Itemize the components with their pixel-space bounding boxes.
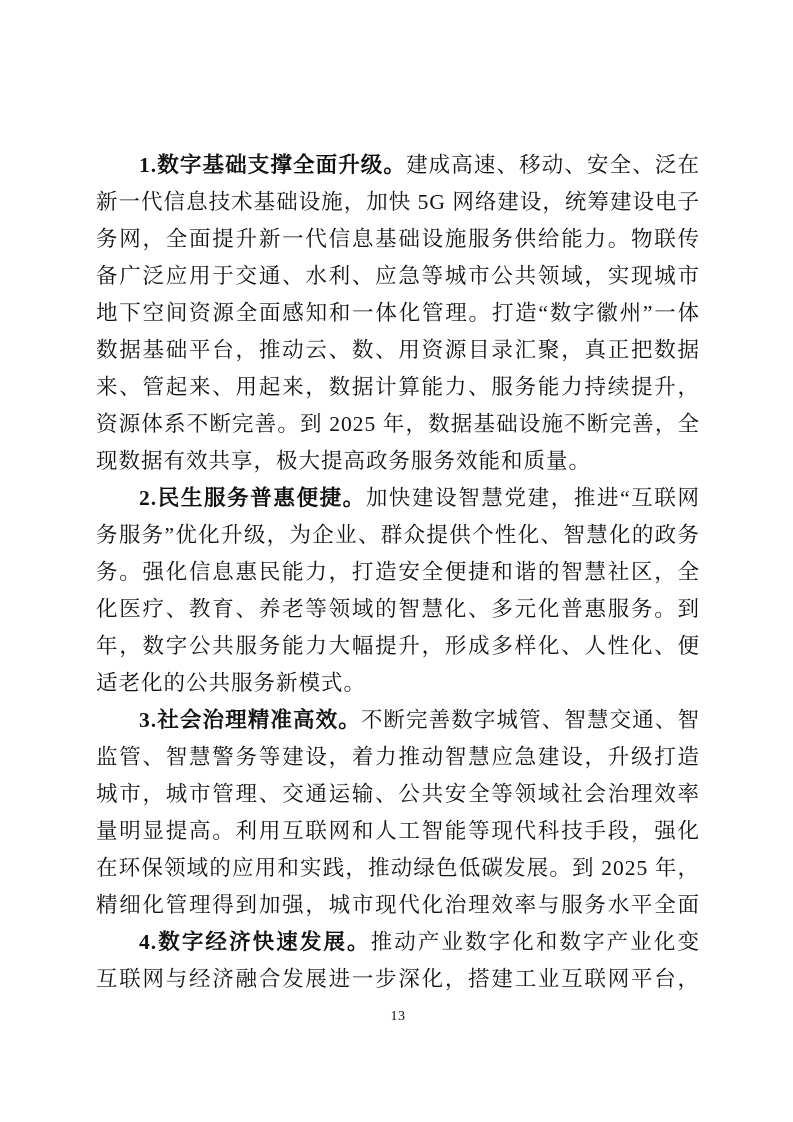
text-line: 3.社会治理精准高效。不断完善数字城管、智慧交通、智慧 xyxy=(96,702,700,739)
paragraph-heading-4: 4.数字经济快速发展。 xyxy=(139,930,371,954)
paragraph-heading-2: 2.民生服务普惠便捷。 xyxy=(139,486,366,510)
text-line: 新一代信息技术基础设施，加快 5G 网络建设，统筹建设电子政 xyxy=(96,184,700,221)
text-line: 互联网与经济融合发展进一步深化，搭建工业互联网平台，打造 xyxy=(96,961,700,998)
text-line: 务服务”优化升级，为企业、群众提供个性化、智慧化的政务服 xyxy=(96,517,700,554)
text-line: 量明显提高。利用互联网和人工智能等现代科技手段，强化科技 xyxy=(96,813,700,850)
text-line: 监管、智慧警务等建设，着力推动智慧应急建设，升级打造平安 xyxy=(96,739,700,776)
text-line: 4.数字经济快速发展。推动产业数字化和数字产业化变革， xyxy=(96,924,700,961)
text-line: 务。强化信息惠民能力，打造安全便捷和谐的智慧社区，全面深 xyxy=(96,554,700,591)
text-line: 精细化管理得到加强，城市现代化治理效率与服务水平全面提升。 xyxy=(96,887,700,924)
text-line: 地下空间资源全面感知和一体化管理。打造“数字徽州”一体化 xyxy=(96,295,700,332)
document-body: 1.数字基础支撑全面升级。建成高速、移动、安全、泛在的新一代信息技术基础设施，加… xyxy=(96,147,700,998)
text-line: 化医疗、教育、养老等领域的智慧化、多元化普惠服务。到 2025 xyxy=(96,591,700,628)
paragraph-heading-3: 3.社会治理精准高效。 xyxy=(139,708,361,732)
text-line: 城市，城市管理、交通运输、公共安全等领域社会治理效率和质 xyxy=(96,776,700,813)
text-line: 资源体系不断完善。到 2025 年，数据基础设施不断完善，全区实 xyxy=(96,406,700,443)
paragraph-heading-1: 1.数字基础支撑全面升级。 xyxy=(139,153,406,177)
text-line: 2.民生服务普惠便捷。加快建设智慧党建，推进“互联网+政 xyxy=(96,480,700,517)
page-number: 13 xyxy=(96,1007,700,1027)
text-line: 现数据有效共享，极大提高政务服务效能和质量。 xyxy=(96,443,700,480)
text-line: 1.数字基础支撑全面升级。建成高速、移动、安全、泛在的 xyxy=(96,147,700,184)
text-line: 来、管起来、用起来，数据计算能力、服务能力持续提升，数据 xyxy=(96,369,700,406)
document-page: 1.数字基础支撑全面升级。建成高速、移动、安全、泛在的新一代信息技术基础设施，加… xyxy=(0,0,793,1122)
text-line: 数据基础平台，推动云、数、用资源目录汇聚，真正把数据统起 xyxy=(96,332,700,369)
text-line: 在环保领域的应用和实践，推动绿色低碳发展。到 2025 年，城市 xyxy=(96,850,700,887)
text-line: 务网，全面提升新一代信息基础设施服务供给能力。物联传感设 xyxy=(96,221,700,258)
text-line: 适老化的公共服务新模式。 xyxy=(96,665,700,702)
text-line: 备广泛应用于交通、水利、应急等城市公共领域，实现城市地上 xyxy=(96,258,700,295)
text-line: 年，数字公共服务能力大幅提升，形成多样化、人性化、便利化、 xyxy=(96,628,700,665)
